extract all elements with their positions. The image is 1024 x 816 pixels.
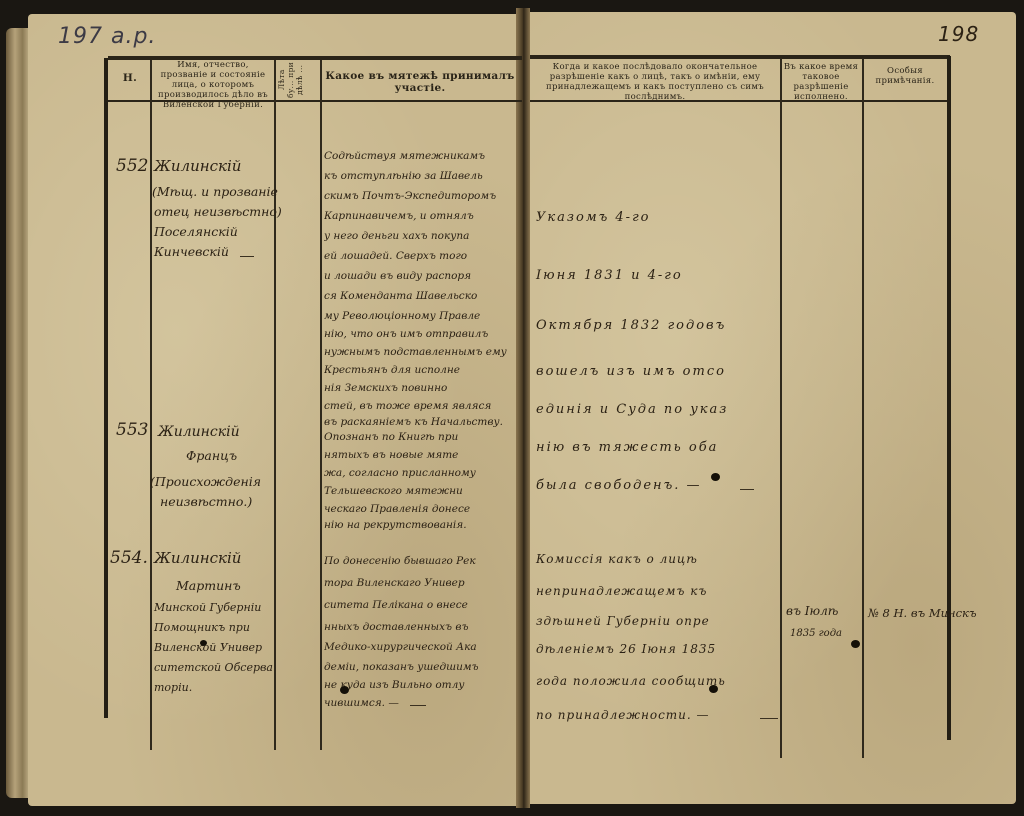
rule-number-name (150, 60, 152, 750)
participation-line: Крестьянъ для исполне (324, 361, 519, 380)
decision-line: вошелъ изъ имъ отсо (536, 364, 726, 379)
decision-line: Октября 1832 годовъ (536, 318, 726, 333)
paper-hole (851, 640, 860, 648)
header-number: Н. (110, 72, 150, 84)
trailing-dash (410, 705, 426, 706)
left-page-number: 197 a.p. (58, 24, 156, 49)
right-header-top-rule (530, 55, 950, 59)
entry-name-detail: Мартинъ (176, 576, 241, 596)
participation-line: скимъ Почтъ-Экспедиторомъ (324, 187, 519, 206)
left-outer-rule (104, 58, 108, 718)
entry-name-detail: ситетской Обсерва (154, 658, 273, 678)
header-participation: Какое въ мятежѣ принималъ участіе. (322, 70, 518, 94)
rule-years-participation (320, 60, 322, 750)
header-decision: Когда и какое послѣдовало окончательное … (532, 62, 778, 102)
entry-name-detail: (Происхожденія (150, 472, 261, 492)
entry-name: Жилинскій (154, 548, 241, 568)
participation-line: Карпинавичемъ, и отнялъ (324, 207, 519, 226)
entry-name-detail: неизвѣстно.) (160, 492, 252, 512)
header-years: Лѣта бу... при дѣлѣ ... (277, 60, 319, 100)
participation-line: му Революціонному Правле (324, 307, 519, 326)
participation-line: Тельшевского мятежни (324, 482, 519, 501)
participation-line: нія Земскихъ повинно (324, 379, 519, 398)
decision-line: дѣленіемъ 26 Іюня 1835 (536, 642, 716, 656)
paper-hole (709, 685, 718, 693)
paper-hole (711, 473, 720, 481)
participation-line: Медико-хирургической Ака (324, 638, 519, 657)
participation-line: По донесенію бывшаго Рек (324, 552, 519, 571)
participation-line: Опознанъ по Книгѣ при (324, 428, 519, 447)
rule-decision-time (780, 58, 782, 758)
decision-line: Іюня 1831 и 4-го (536, 268, 683, 283)
header-notes: Особыя примѣчанія. (864, 66, 946, 86)
participation-line: нятыхъ въ новые мяте (324, 446, 519, 465)
participation-line: не куда изъ Вильно отлу (324, 676, 519, 695)
entry-name: Жилинскій (158, 422, 240, 442)
entry-name-detail: Поселянскій (154, 222, 238, 242)
header-name: Имя, отчество, прозваніе и состояніе лиц… (153, 60, 273, 110)
decision-line: года положила сообщить (536, 674, 726, 688)
time-executed: 1835 года (790, 628, 842, 639)
decision-line: Комиссія какъ о лицѣ (536, 552, 698, 566)
rule-name-years (274, 60, 276, 750)
participation-line: нныхъ доставленныхъ въ (324, 618, 519, 637)
right-outer-rule (947, 56, 951, 740)
entry-name-detail: отец неизвѣстно) (154, 202, 282, 222)
entry-name-detail: Помощникъ при (154, 618, 250, 638)
trailing-dash (760, 718, 778, 719)
time-executed: въ Іюлѣ (786, 604, 838, 618)
entry-name-detail: торіи. (154, 678, 192, 698)
participation-line: нію на рекрутствованія. (324, 516, 519, 535)
decision-line: Указомъ 4-го (536, 210, 650, 225)
trailing-dash (740, 489, 754, 490)
entry-number: 553 (116, 420, 148, 440)
entry-name-detail: Виленской Универ (154, 638, 262, 658)
participation-line: тора Виленскаго Универ (324, 574, 519, 593)
participation-line: нію, что онъ имъ отправилъ (324, 325, 519, 344)
participation-line: нужнымъ подставленнымъ ему (324, 343, 519, 362)
participation-line: ся Комендантa Шавельско (324, 287, 519, 306)
entry-name-detail: Кинчевскій (154, 242, 229, 262)
decision-line: нію въ тяжесть оба (536, 440, 718, 455)
paper-hole (200, 640, 207, 646)
header-time: Въ какое время таковое разрѣшеніе исполн… (782, 62, 860, 102)
participation-line: деміи, показанъ ушедшимъ (324, 658, 519, 677)
participation-line: у него деньги хахъ покупа (324, 227, 519, 246)
decision-line: единія и Суда по указ (536, 402, 728, 417)
entry-name-detail: Минской Губерніи (154, 598, 261, 618)
participation-line: къ отступлѣнію за Шавель (324, 167, 519, 186)
entry-number: 552 (116, 156, 148, 176)
entry-name-detail: (Мѣщ. и прозваніе (152, 182, 278, 202)
participation-line: ей лошадей. Сверхъ того (324, 247, 519, 266)
paper-hole (340, 686, 349, 694)
open-ledger-book: 197 a.p. 198 Н. Имя, отчество, прозваніе… (0, 0, 1024, 816)
participation-line: чившимся. — (324, 694, 519, 713)
rule-time-notes (862, 58, 864, 758)
participation-line: ситета Пелікана о внесе (324, 596, 519, 615)
decision-line: здѣшней Губерніи опре (536, 614, 710, 628)
participation-line: и лошади въ виду распоря (324, 267, 519, 286)
right-page-number: 198 (938, 22, 979, 46)
decision-line: была свободенъ. — (536, 478, 702, 493)
participation-line: Содѣйствуя мятежникамъ (324, 147, 519, 166)
participation-line: жа, согласно присланному (324, 464, 519, 483)
decision-line: по принадлежности. — (536, 708, 710, 722)
entry-number: 554. (110, 548, 148, 568)
decision-line: непринадлежащемъ къ (536, 584, 707, 598)
entry-name: Жилинскій (154, 156, 241, 176)
trailing-dash (240, 256, 254, 257)
notes: № 8 Н. въ Минскъ (868, 606, 977, 620)
entry-name-detail: Францъ (186, 446, 237, 466)
